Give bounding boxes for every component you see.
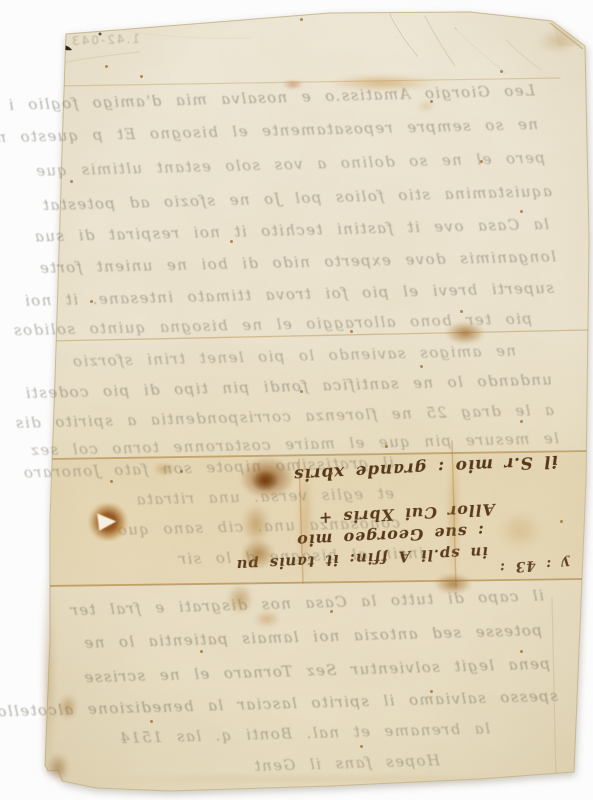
paper-vignette <box>45 12 589 791</box>
pencil-inventory-mark: 1.42-043 <box>70 32 140 48</box>
wax-seal-hole <box>88 503 128 541</box>
seal-paper-loss <box>95 509 119 533</box>
scanned-letter-page: Leo Giorgio Amatiss.o e nosalva mia d'am… <box>0 0 593 800</box>
paper-sheet <box>0 0 593 800</box>
